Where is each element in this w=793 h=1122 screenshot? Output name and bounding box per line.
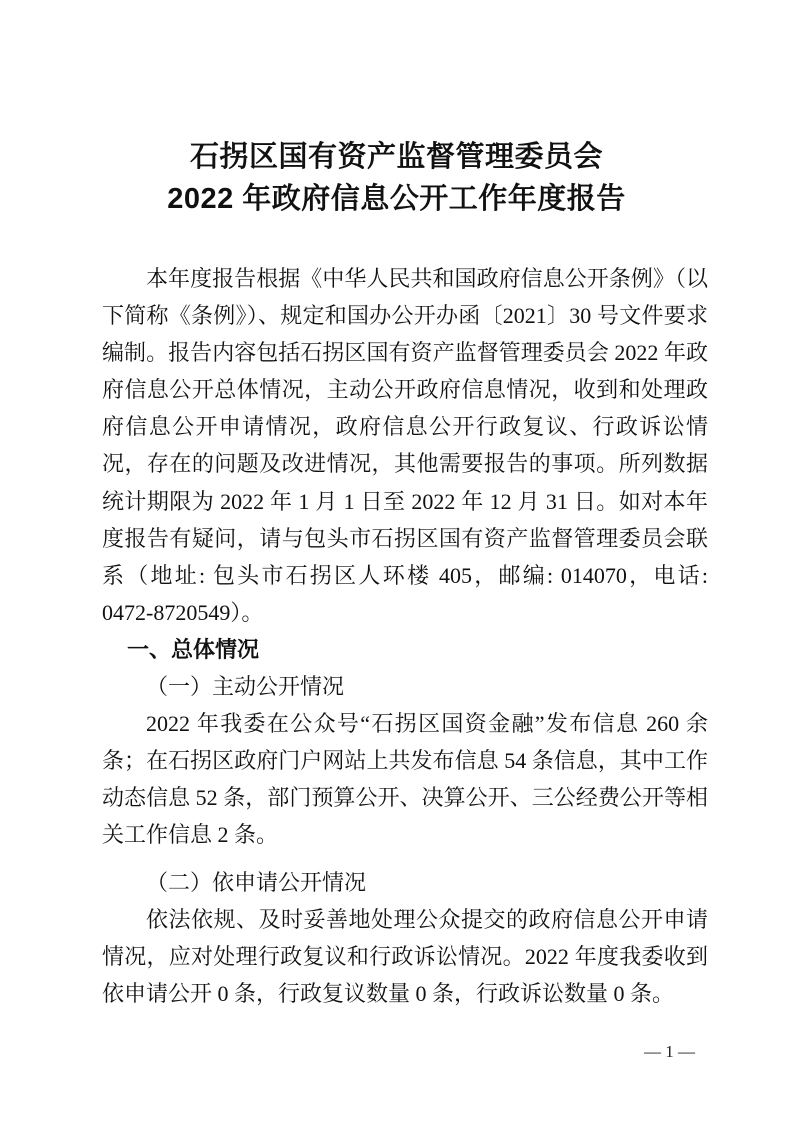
subsection-heading-proactive-disclosure: （一）主动公开情况: [102, 668, 708, 705]
page-number: — 1 —: [644, 1042, 695, 1062]
intro-paragraph: 本年度报告根据《中华人民共和国政府信息公开条例》（以下简称《条例》）、规定和国办…: [102, 260, 708, 631]
document-page: 石拐区国有资产监督管理委员会 2022 年政府信息公开工作年度报告 本年度报告根…: [0, 0, 793, 1122]
proactive-disclosure-paragraph: 2022 年我委在公众号“石拐区国资金融”发布信息 260 余条；在石拐区政府门…: [102, 705, 708, 853]
document-title: 石拐区国有资产监督管理委员会 2022 年政府信息公开工作年度报告: [0, 136, 793, 220]
subsection-heading-disclosure-upon-request: （二）依申请公开情况: [102, 864, 708, 901]
disclosure-upon-request-paragraph: 依法依规、及时妥善地处理公众提交的政府信息公开申请情况，应对处理行政复议和行政诉…: [102, 901, 708, 1012]
document-body: 本年度报告根据《中华人民共和国政府信息公开条例》（以下简称《条例》）、规定和国办…: [102, 260, 708, 1012]
document-title-line1: 石拐区国有资产监督管理委员会: [0, 136, 793, 178]
document-title-line2: 2022 年政府信息公开工作年度报告: [0, 178, 793, 220]
section-heading-overview: 一、总体情况: [127, 631, 708, 668]
